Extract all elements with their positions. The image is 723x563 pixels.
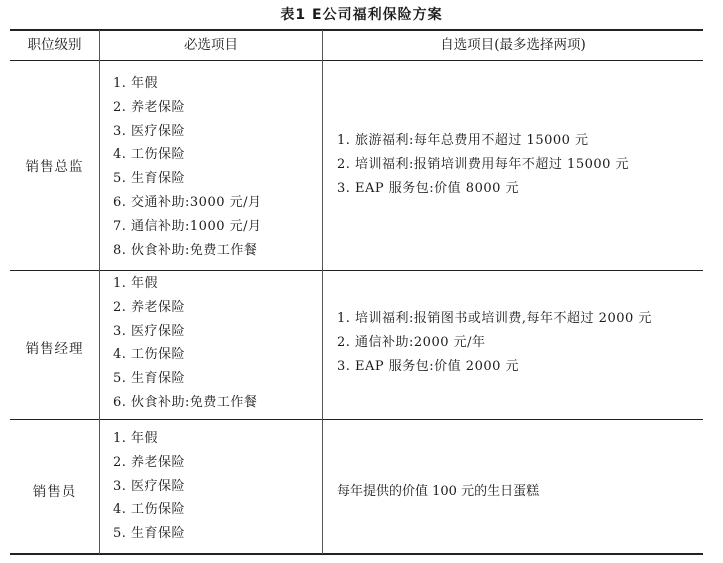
list-item: 3. EAP 服务包:价值 2000 元 — [337, 355, 652, 379]
role-sales-manager: 销售经理 — [10, 337, 99, 357]
list-item: 6. 伙食补助:免费工作餐 — [113, 391, 257, 415]
list-item: 5. 生育保险 — [113, 367, 257, 391]
list-item: 2. 养老保险 — [113, 96, 262, 120]
row-divider-2 — [10, 419, 703, 420]
required-list-manager: 1. 年假 2. 养老保险 3. 医疗保险 4. 工伤保险 5. 生育保险 6.… — [113, 272, 257, 415]
table-bottom-rule — [10, 553, 703, 555]
list-item: 3. 医疗保险 — [113, 475, 185, 499]
list-item: 8. 伙食补助:免费工作餐 — [113, 239, 262, 263]
header-level: 职位级别 — [10, 30, 99, 60]
list-item: 1. 年假 — [113, 272, 257, 296]
list-item: 3. EAP 服务包:价值 8000 元 — [337, 177, 629, 201]
list-item: 2. 培训福利:报销培训费用每年不超过 15000 元 — [337, 153, 629, 177]
list-item: 7. 通信补助:1000 元/月 — [113, 215, 262, 239]
list-item: 2. 通信补助:2000 元/年 — [337, 331, 652, 355]
optional-list-manager: 1. 培训福利:报销图书或培训费,每年不超过 2000 元 2. 通信补助:20… — [337, 307, 652, 378]
list-item: 5. 生育保险 — [113, 167, 262, 191]
list-item: 1. 旅游福利:每年总费用不超过 15000 元 — [337, 129, 629, 153]
list-item: 2. 养老保险 — [113, 296, 257, 320]
header-optional: 自选项目(最多选择两项) — [323, 30, 703, 60]
role-salesperson: 销售员 — [10, 480, 99, 500]
header-required: 必选项目 — [100, 30, 322, 60]
list-item: 1. 年假 — [113, 72, 262, 96]
list-item: 1. 培训福利:报销图书或培训费,每年不超过 2000 元 — [337, 307, 652, 331]
list-item: 4. 工伤保险 — [113, 498, 185, 522]
list-item: 3. 医疗保险 — [113, 120, 262, 144]
column-divider-2 — [322, 30, 323, 554]
role-sales-director: 销售总监 — [10, 155, 99, 175]
list-item: 4. 工伤保险 — [113, 343, 257, 367]
list-item: 5. 生育保险 — [113, 522, 185, 546]
optional-list-director: 1. 旅游福利:每年总费用不超过 15000 元 2. 培训福利:报销培训费用每… — [337, 129, 629, 200]
table-title: 表1 E公司福利保险方案 — [0, 4, 723, 24]
row-divider-1 — [10, 270, 703, 271]
required-list-director: 1. 年假 2. 养老保险 3. 医疗保险 4. 工伤保险 5. 生育保险 6.… — [113, 72, 262, 262]
list-item: 4. 工伤保险 — [113, 143, 262, 167]
required-list-salesperson: 1. 年假 2. 养老保险 3. 医疗保险 4. 工伤保险 5. 生育保险 — [113, 427, 185, 546]
list-item: 3. 医疗保险 — [113, 320, 257, 344]
optional-salesperson: 每年提供的价值 100 元的生日蛋糕 — [337, 480, 539, 499]
list-item: 1. 年假 — [113, 427, 185, 451]
column-divider-1 — [99, 30, 100, 554]
header-bottom-rule — [10, 60, 703, 61]
list-item: 6. 交通补助:3000 元/月 — [113, 191, 262, 215]
list-item: 2. 养老保险 — [113, 451, 185, 475]
